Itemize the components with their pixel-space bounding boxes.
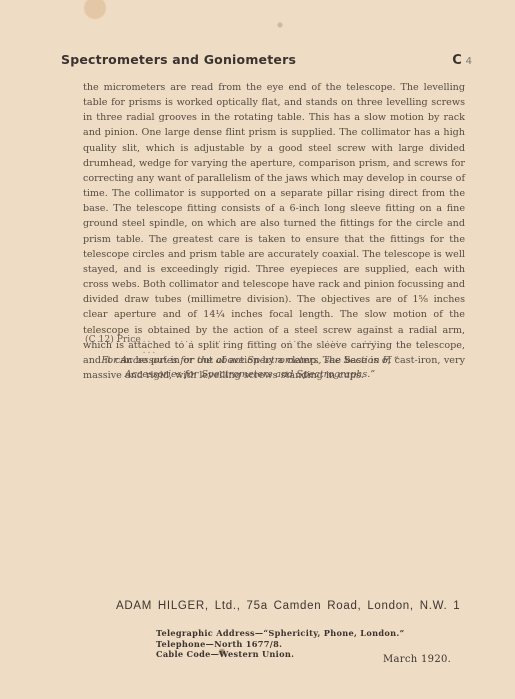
- price-row: (C 12) Price ... ... .. ... ... ... ... …: [85, 334, 385, 356]
- section-page-number: 4: [466, 56, 472, 67]
- footer-company: ADAM HILGER, Ltd., 75a Camden Road, Lond…: [116, 600, 460, 612]
- document-page: Spectrometers and Goniometers C 4 the mi…: [0, 0, 515, 699]
- accessories-note: For Accessories for the above Spectromet…: [100, 354, 400, 382]
- cable-code: Cable Code—Western Union.: [156, 649, 405, 660]
- telephone: Telephone—North 1677/8.: [156, 639, 405, 650]
- page-title: Spectrometers and Goniometers: [61, 52, 296, 67]
- publication-date: March 1920.: [383, 654, 451, 665]
- page-header: Spectrometers and Goniometers C 4: [61, 52, 472, 68]
- section-number: C 4: [452, 53, 472, 68]
- section-letter: C: [452, 53, 462, 68]
- price-leader-dots: ... ... .. ... ... ... ... ...: [143, 334, 385, 356]
- telegraphic-address: Telegraphic Address—“Sphericity, Phone, …: [156, 628, 405, 639]
- footer-contact-details: Telegraphic Address—“Sphericity, Phone, …: [156, 628, 405, 660]
- price-label: (C 12) Price: [85, 334, 143, 356]
